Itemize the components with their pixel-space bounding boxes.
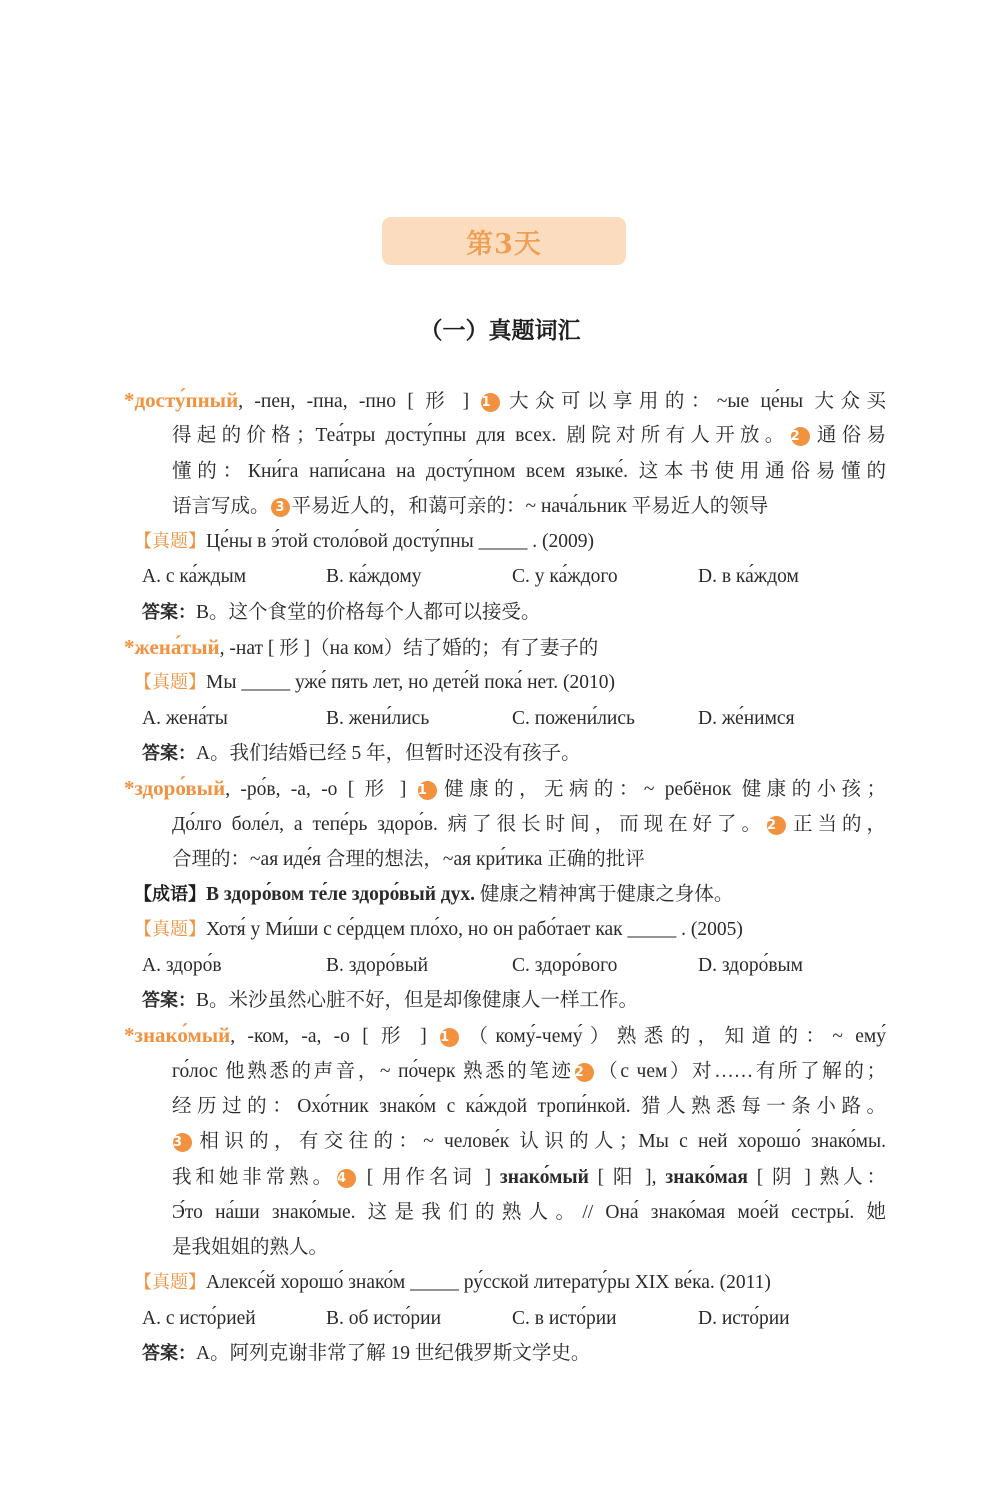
option-d: D. же́нимся	[698, 701, 795, 736]
exam-tag: 【真题】	[134, 672, 206, 693]
entry-zdorovy: *здоро́вый, -ро́в, -а, -о [ 形 ] 1健康的，无病的…	[124, 771, 886, 1018]
definition-text: 得起的价格；Теа́тры досту́пны для всех. 剧院对所有人…	[172, 425, 790, 446]
exam-answer: 答案：A。我们结婚已经 5 年，但暂时还没有孩子。	[124, 736, 886, 771]
definition-text: [ 阴 ] 熟人：	[748, 1167, 886, 1188]
definition-text: 合理的：~ая иде́я 合理的想法，~ая кри́тика 正确的批评	[172, 849, 645, 870]
answer-label: 答案：	[142, 743, 196, 764]
option-c: C. пожени́лись	[512, 701, 698, 736]
entry-line: *досту́пный, -пен, -пна, -пно [ 形 ] 1大众可…	[124, 383, 886, 418]
option-b: B. здоро́вый	[326, 948, 512, 983]
circled-number-icon: 2	[791, 427, 810, 446]
definition-text: 大众可以享用的：~ые це́ны 大众买	[502, 391, 886, 412]
definition-text: （с чем）对……有所了解的；	[596, 1061, 886, 1082]
entry-line: *жена́тый, -нат [ 形 ]（на ком）结了婚的；有了妻子的	[124, 630, 886, 665]
section-title: （一）真题词汇	[0, 312, 1000, 345]
question-text: Хотя́ у Ми́ши с се́рдцем пло́хо, но он р…	[206, 919, 743, 940]
exam-answer: 答案：A。阿列克谢非常了解 19 世纪俄罗斯文学史。	[124, 1336, 886, 1371]
definition-text: 是我姐姐的熟人。	[172, 1237, 328, 1258]
entry-line: 合理的：~ая иде́я 合理的想法，~ая кри́тика 正确的批评	[124, 842, 886, 877]
exam-question: 【真题】Мы _____ уже́ пять лет, но дете́й по…	[124, 665, 886, 700]
option-d: D. здоро́вым	[698, 948, 803, 983]
entry-line: 是我姐姐的熟人。	[124, 1230, 886, 1265]
definition-text: 通俗易	[812, 425, 886, 446]
answer-text: B。米沙虽然心脏不好，但是却像健康人一样工作。	[196, 990, 638, 1011]
entry-zhenaty: *жена́тый, -нат [ 形 ]（на ком）结了婚的；有了妻子的 …	[124, 630, 886, 771]
grammar-info: , -пен, -пна, -пно [ 形 ]	[238, 391, 480, 412]
headword: *жена́тый	[124, 635, 220, 659]
exam-tag: 【真题】	[134, 531, 206, 552]
idiom-translation: 健康之精神寓于健康之身体。	[475, 884, 733, 905]
circled-number-icon: 3	[173, 1133, 192, 1152]
option-a: A. с ка́ждым	[142, 559, 326, 594]
option-b: B. ка́ждому	[326, 559, 512, 594]
option-d: D. в ка́ждом	[698, 559, 799, 594]
grammar-info: , -ком, -а, -о [ 形 ]	[230, 1026, 439, 1047]
definition-text: （кому́-чему́）熟悉的，知道的：~ ему́	[461, 1026, 886, 1047]
question-text: Це́ны в э́той столо́вой досту́пны _____ …	[206, 531, 594, 552]
definition-text: 语言写成。	[172, 496, 270, 517]
option-a: A. жена́ты	[142, 701, 326, 736]
grammar-info: , -ро́в, -а, -о [ 形 ]	[225, 779, 417, 800]
answer-label: 答案：	[142, 1343, 196, 1364]
entry-line: 懂的：Кни́га напи́сана на досту́пном всем я…	[124, 454, 886, 489]
circled-number-icon: 4	[337, 1169, 356, 1188]
definition-text: 正当的，	[788, 814, 886, 835]
option-b: B. об исто́рии	[326, 1301, 512, 1336]
definition-text: 懂的：Кни́га напи́сана на досту́пном всем я…	[172, 461, 886, 482]
definition-text: Э́то на́ши знако́мые. 这是我们的熟人。// Она́ зн…	[172, 1202, 886, 1223]
circled-number-icon: 3	[271, 498, 290, 517]
exam-question: 【真题】Це́ны в э́той столо́вой досту́пны __…	[124, 524, 886, 559]
circled-number-icon: 2	[575, 1063, 594, 1082]
entry-line: 语言写成。3平易近人的，和蔼可亲的：~ нача́льник 平易近人的领导	[124, 489, 886, 524]
idiom-line: 【成语】В здоро́вом те́ле здоро́вый дух. 健康之…	[124, 877, 886, 912]
entry-znakomy: *знако́мый, -ком, -а, -о [ 形 ] 1（кому́-ч…	[124, 1018, 886, 1371]
definition-text: 相识的，有交往的：~ челове́к 认识的人；Мы с ней хорошо…	[194, 1131, 886, 1152]
circled-number-icon: 1	[440, 1028, 459, 1047]
option-d: D. исто́рии	[698, 1301, 790, 1336]
definition-text: [ 阳 ],	[589, 1167, 666, 1188]
question-text: Мы _____ уже́ пять лет, но дете́й пока́ …	[206, 672, 615, 693]
answer-text: A。我们结婚已经 5 年，但暂时还没有孩子。	[196, 743, 581, 764]
idiom-phrase: В здоро́вом те́ле здоро́вый дух.	[206, 884, 475, 905]
day-badge: 第3天	[382, 217, 626, 265]
circled-number-icon: 1	[418, 781, 437, 800]
entry-line: *здоро́вый, -ро́в, -а, -о [ 形 ] 1健康的，无病的…	[124, 771, 886, 806]
headword: *здоро́вый	[124, 776, 225, 800]
definition-text: , -нат [ 形 ]（на ком）结了婚的；有了妻子的	[220, 638, 599, 659]
option-c: C. у ка́ждого	[512, 559, 698, 594]
option-b: B. жени́лись	[326, 701, 512, 736]
question-text: Алексе́й хорошо́ знако́м _____ ру́сской …	[206, 1272, 771, 1293]
option-c: C. в исто́рии	[512, 1301, 698, 1336]
exam-answer: 答案：B。米沙虽然心脏不好，但是却像健康人一样工作。	[124, 983, 886, 1018]
definition-text: [ 用作名词 ]	[358, 1167, 500, 1188]
option-a: A. здоро́в	[142, 948, 326, 983]
vocab-content: *досту́пный, -пен, -пна, -пно [ 形 ] 1大众可…	[124, 383, 886, 1371]
entry-line: 我和她非常熟。4 [ 用作名词 ] знако́мый [ 阳 ], знако…	[124, 1160, 886, 1195]
day-label: 第3天	[466, 222, 542, 261]
exam-tag: 【真题】	[134, 919, 206, 940]
definition-text: 经历过的：Охо́тник знако́м с ка́ждой тропи́нк…	[172, 1096, 886, 1117]
exam-options: A. с ка́ждым B. ка́ждому C. у ка́ждого D…	[124, 559, 886, 594]
entry-line: До́лго боле́л, а тепе́рь здоро́в. 病了很长时间…	[124, 807, 886, 842]
noun-form-masculine: знако́мый	[500, 1167, 589, 1188]
definition-text: До́лго боле́л, а тепе́рь здоро́в. 病了很长时间…	[172, 814, 766, 835]
entry-line: 3相识的，有交往的：~ челове́к 认识的人；Мы с ней хорош…	[124, 1124, 886, 1159]
circled-number-icon: 1	[481, 393, 500, 412]
entry-line: 得起的价格；Теа́тры досту́пны для всех. 剧院对所有人…	[124, 418, 886, 453]
option-a: A. с исто́рией	[142, 1301, 326, 1336]
answer-label: 答案：	[142, 990, 196, 1011]
definition-text: 平易近人的，和蔼可亲的：~ нача́льник 平易近人的领导	[292, 496, 769, 517]
answer-text: B。这个食堂的价格每个人都可以接受。	[196, 602, 541, 623]
entry-line: Э́то на́ши знако́мые. 这是我们的熟人。// Она́ зн…	[124, 1195, 886, 1230]
entry-line: *знако́мый, -ком, -а, -о [ 形 ] 1（кому́-ч…	[124, 1018, 886, 1053]
entry-line: 经历过的：Охо́тник знако́м с ка́ждой тропи́нк…	[124, 1089, 886, 1124]
exam-question: 【真题】Хотя́ у Ми́ши с се́рдцем пло́хо, но …	[124, 912, 886, 947]
definition-text: 我和她非常熟。	[172, 1167, 336, 1188]
option-c: C. здоро́вого	[512, 948, 698, 983]
definition-text: 健康的，无病的：~ ребёнок 健康的小孩；	[439, 779, 886, 800]
exam-answer: 答案：B。这个食堂的价格每个人都可以接受。	[124, 595, 886, 630]
exam-options: A. жена́ты B. жени́лись C. пожени́лись D…	[124, 701, 886, 736]
definition-text: го́лос 他熟悉的声音，~ по́черк 熟悉的笔迹	[172, 1061, 574, 1082]
entry-line: го́лос 他熟悉的声音，~ по́черк 熟悉的笔迹2（с чем）对………	[124, 1054, 886, 1089]
exam-options: A. здоро́в B. здоро́вый C. здоро́вого D.…	[124, 948, 886, 983]
exam-question: 【真题】Алексе́й хорошо́ знако́м _____ ру́сс…	[124, 1265, 886, 1300]
idiom-tag: 【成语】	[134, 884, 206, 905]
headword: *знако́мый	[124, 1023, 230, 1047]
answer-label: 答案：	[142, 602, 196, 623]
answer-text: A。阿列克谢非常了解 19 世纪俄罗斯文学史。	[196, 1343, 590, 1364]
circled-number-icon: 2	[767, 816, 786, 835]
entry-dostupny: *досту́пный, -пен, -пна, -пно [ 形 ] 1大众可…	[124, 383, 886, 630]
exam-tag: 【真题】	[134, 1272, 206, 1293]
headword: *досту́пный	[124, 388, 238, 412]
exam-options: A. с исто́рией B. об исто́рии C. в исто́…	[124, 1301, 886, 1336]
noun-form-feminine: знако́мая	[665, 1167, 748, 1188]
